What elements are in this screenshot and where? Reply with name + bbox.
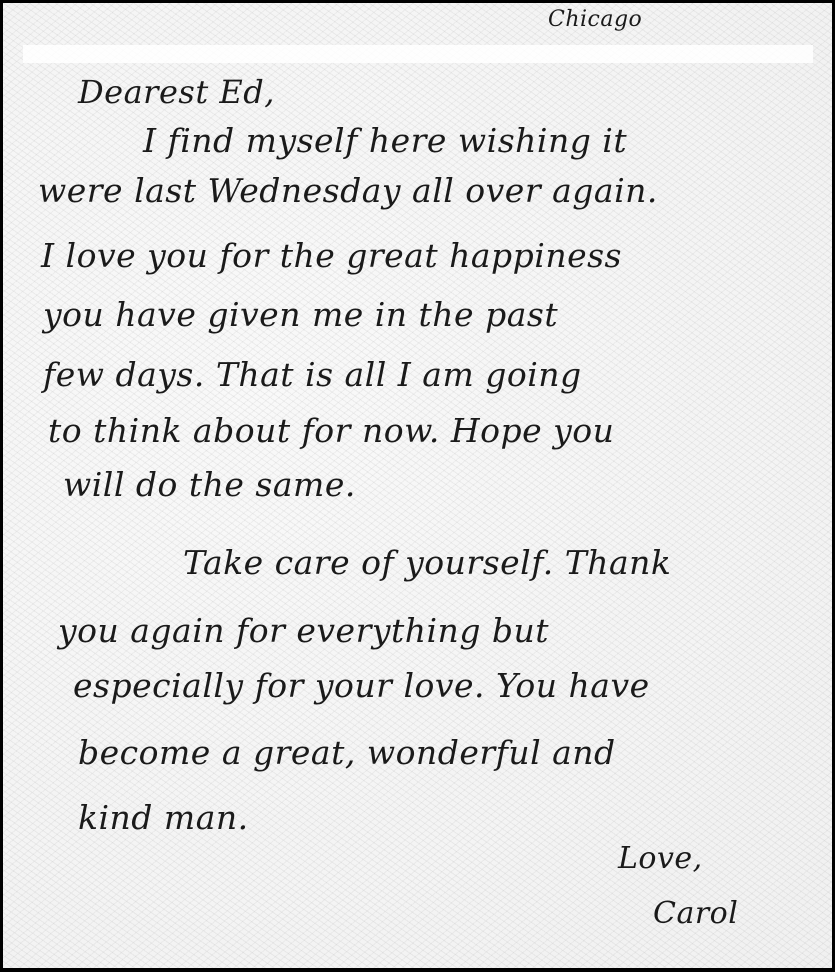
letter-line: kind man.	[78, 798, 249, 837]
letter-line: few days. That is all I am going	[43, 355, 582, 394]
letter-page: Chicago Dearest Ed, I find myself here w…	[3, 3, 832, 968]
letter-line: were last Wednesday all over again.	[38, 171, 658, 210]
letter-line: I find myself here wishing it	[143, 121, 627, 160]
letter-line: I love you for the great happiness	[41, 236, 622, 275]
letter-place: Chicago	[548, 7, 642, 32]
letter-line: you have given me in the past	[43, 295, 558, 334]
letter-line: Take care of yourself. Thank	[183, 543, 671, 582]
paper-fold-band	[23, 45, 813, 63]
letter-closing: Love,	[618, 841, 703, 876]
letter-salutation: Dearest Ed,	[78, 73, 275, 111]
letter-line: to think about for now. Hope you	[48, 411, 614, 450]
letter-signature: Carol	[653, 896, 738, 931]
letter-line: you again for everything but	[58, 611, 549, 650]
letter-line: will do the same.	[63, 465, 356, 504]
letter-line: become a great, wonderful and	[78, 733, 616, 772]
letter-line: especially for your love. You have	[73, 666, 650, 705]
